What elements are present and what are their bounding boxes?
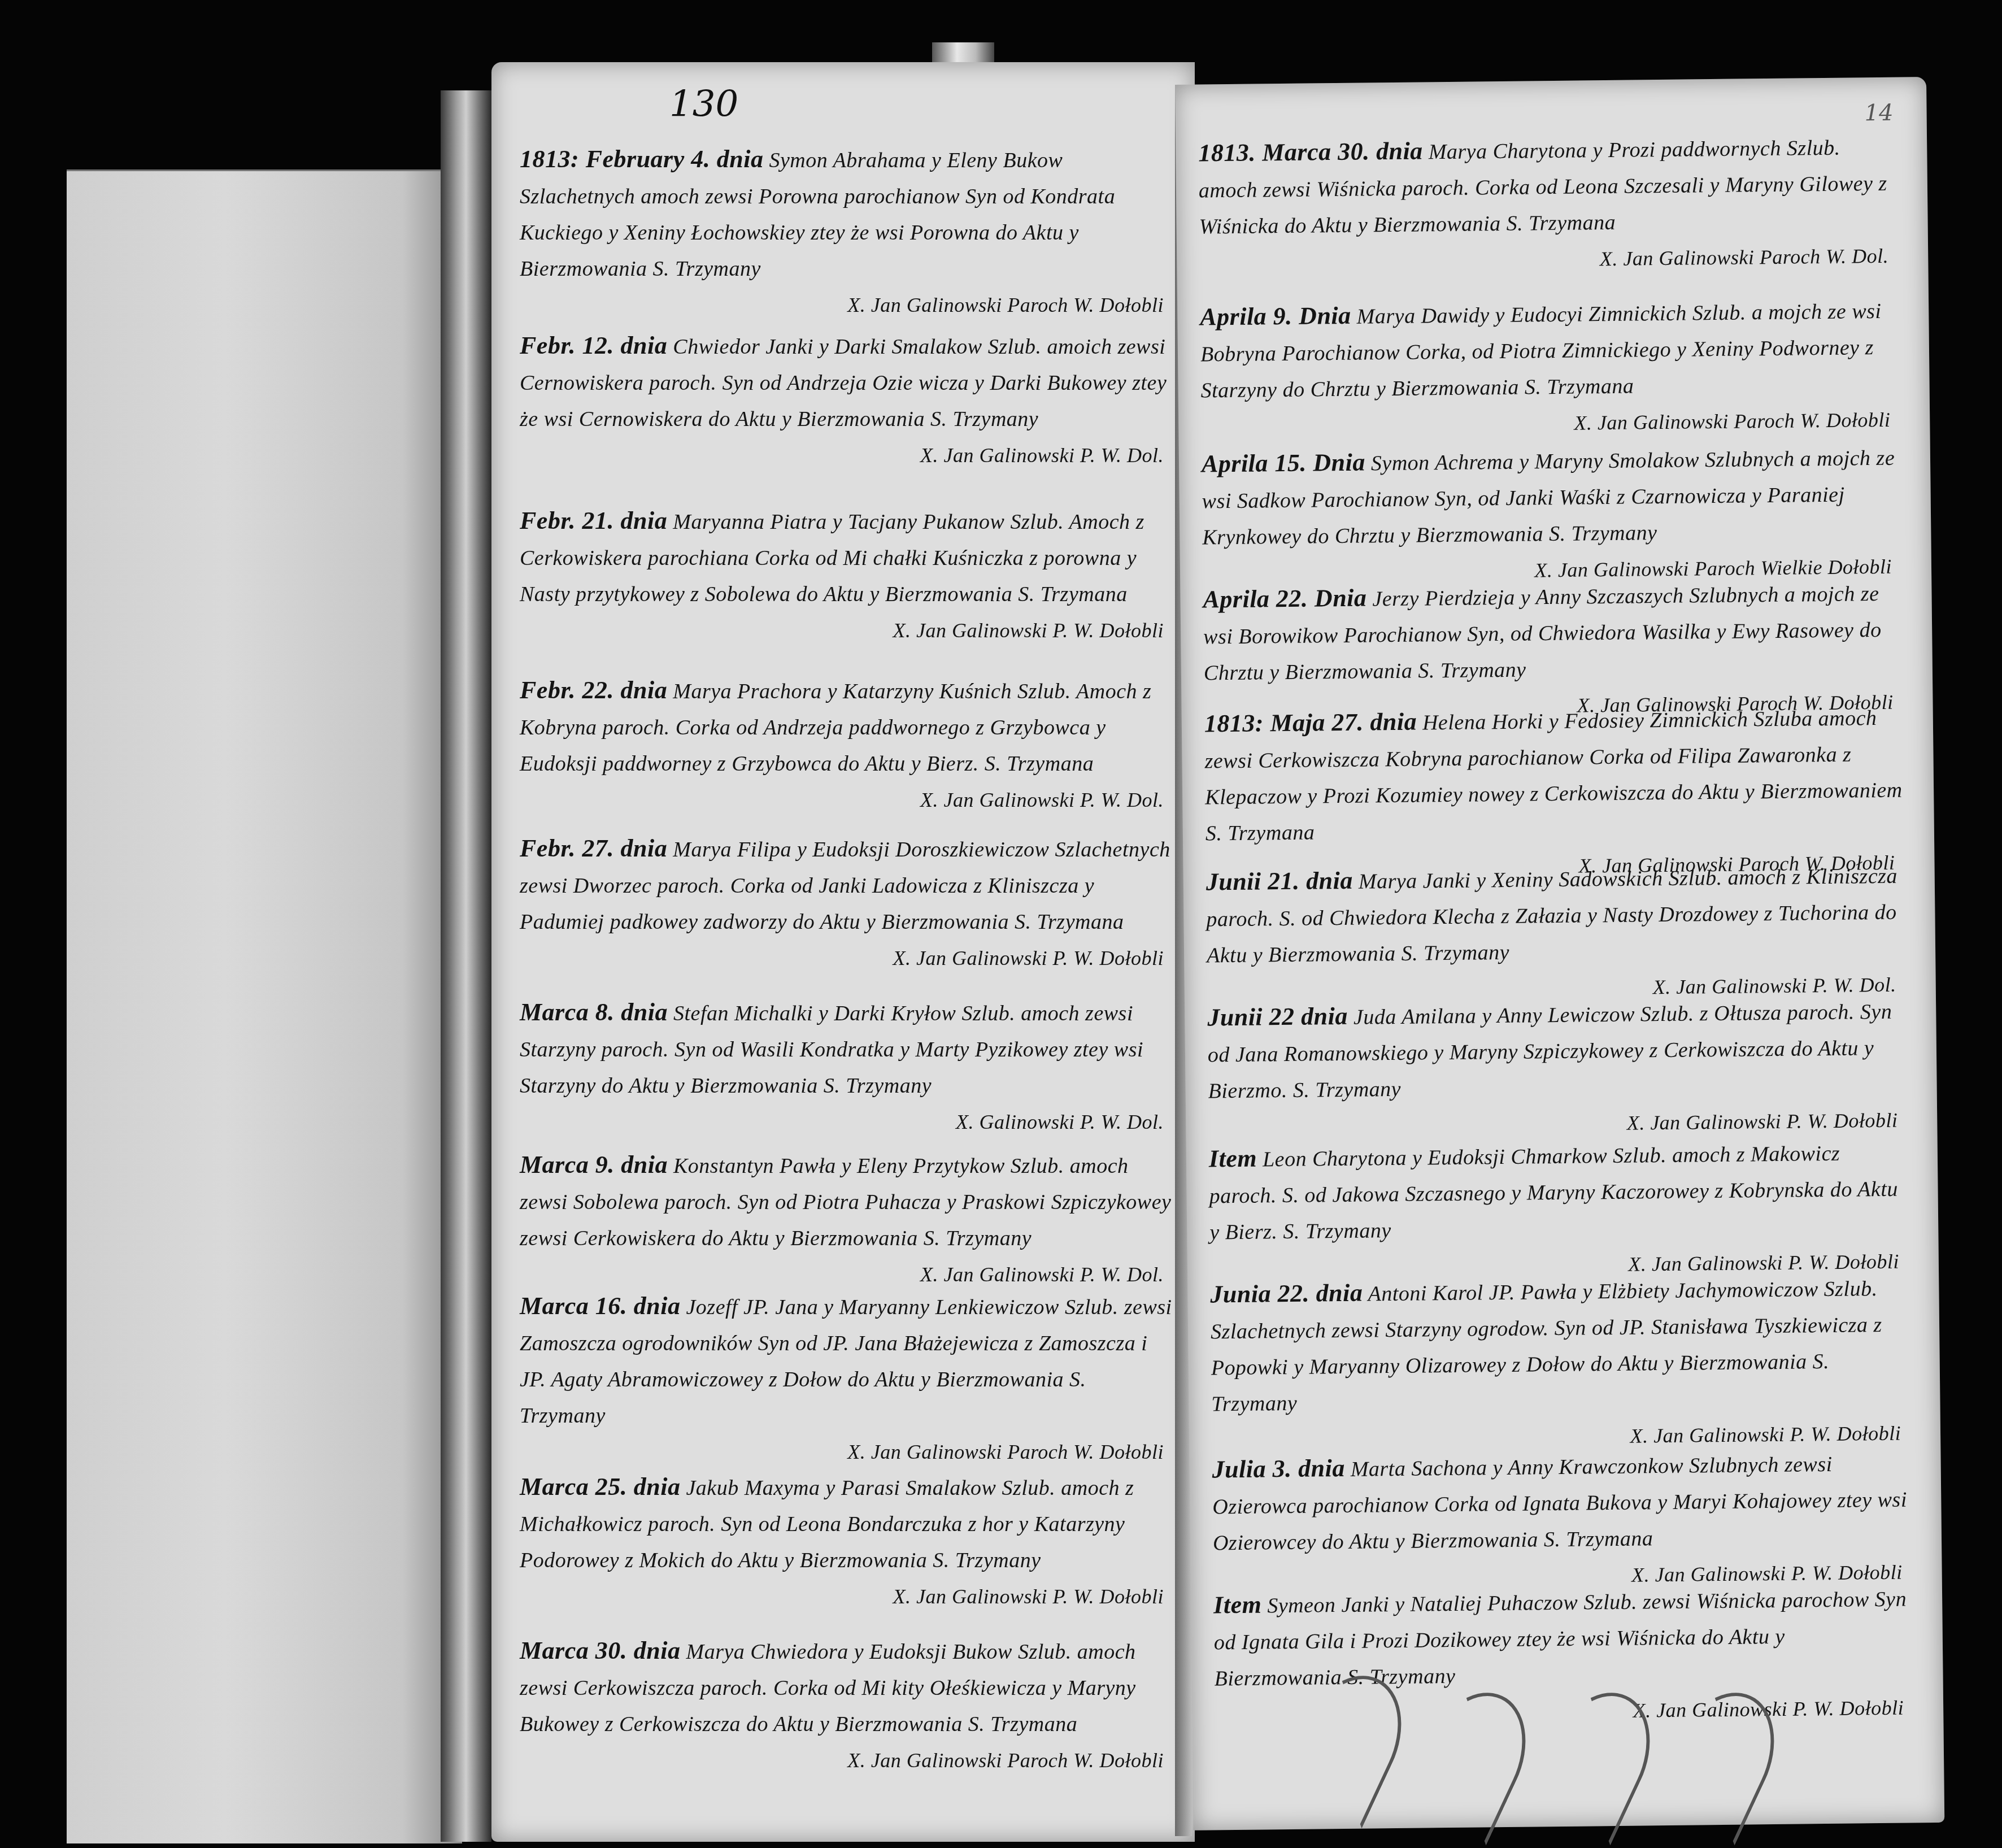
entry-date: Marca 30. dnia <box>520 1637 680 1664</box>
folio-number: 130 <box>669 84 738 125</box>
register-entry: Marca 30. dnia Marya Chwiedora y Eudoksj… <box>520 1633 1175 1779</box>
entry-date: Marca 25. dnia <box>520 1473 680 1501</box>
priest-signature: X. Jan Galinowski Paroch W. Dol. <box>1199 238 1900 281</box>
register-entry: Febr. 22. dnia Marya Prachora y Katarzyn… <box>520 672 1175 818</box>
entry-date: Marca 9. dnia <box>520 1151 668 1179</box>
entry-date: Julia 3. dnia <box>1212 1454 1345 1483</box>
entry-date: Febr. 21. dnia <box>520 507 667 534</box>
priest-signature: X. Jan Galinowski Paroch W. Dołobli <box>520 1434 1175 1470</box>
entry-date: 1813. Marca 30. dnia <box>1198 137 1423 167</box>
entry-date: Item <box>1209 1145 1257 1173</box>
register-entry: Marca 25. dnia Jakub Maxyma y Parasi Sma… <box>520 1469 1175 1615</box>
entry-date: Aprila 9. Dnia <box>1200 302 1351 331</box>
register-entry: Junii 21. dnia Marya Janki y Xeniny Sado… <box>1205 857 1908 1010</box>
entry-date: Aprila 22. Dnia <box>1203 584 1366 613</box>
entry-date: Febr. 22. dnia <box>520 676 667 704</box>
register-entry: Aprila 9. Dnia Marya Dawidy y Eudocyi Zi… <box>1200 292 1902 445</box>
left-page: 130 1813: February 4. dnia Symon Abraham… <box>491 62 1195 1842</box>
entry-date: 1813: February 4. dnia <box>520 145 763 173</box>
entry-date: Junii 22 dnia <box>1207 1002 1348 1032</box>
entry-date: Junii 21. dnia <box>1206 867 1353 896</box>
register-entry: Aprila 15. Dnia Symon Achrema y Maryny S… <box>1202 439 1904 592</box>
entry-date: Junia 22. dnia <box>1210 1279 1363 1308</box>
entry-date: Marca 8. dnia <box>520 998 668 1026</box>
register-entry: Marca 9. dnia Konstantyn Pawła y Eleny P… <box>520 1147 1175 1293</box>
priest-signature: X. Jan Galinowski P. W. Dołobli <box>520 940 1175 976</box>
book-spine <box>441 90 491 1842</box>
priest-signature: X. Jan Galinowski P. W. Dołobli <box>520 1579 1175 1615</box>
register-entry: Item Leon Charytona y Eudoksji Chmarkow … <box>1209 1133 1911 1286</box>
entry-date: Marca 16. dnia <box>520 1292 680 1320</box>
entry-text: Leon Charytona y Eudoksji Chmarkow Szlub… <box>1209 1142 1898 1245</box>
right-page: 14 1813. Marca 30. dnia Marya Charytona … <box>1175 77 1944 1830</box>
register-entry: Marca 16. dnia Jozeff JP. Jana y Maryann… <box>520 1288 1175 1470</box>
blank-flyleaf <box>67 169 462 1843</box>
register-entry: 1813: February 4. dnia Symon Abrahama y … <box>520 141 1175 323</box>
priest-signature: X. Galinowski P. W. Dol. <box>520 1104 1175 1140</box>
pen-flourish-marks <box>1299 1672 1808 1819</box>
register-entry: Marca 8. dnia Stefan Michalki y Darki Kr… <box>520 994 1175 1140</box>
priest-signature: X. Jan Galinowski P. W. Dol. <box>520 782 1175 818</box>
priest-signature: X. Jan Galinowski Paroch W. Dołobli <box>520 287 1175 323</box>
priest-signature: X. Jan Galinowski P. W. Dołobli <box>520 612 1175 649</box>
entry-date: Aprila 15. Dnia <box>1202 449 1365 478</box>
register-entry: 1813. Marca 30. dnia Marya Charytona y P… <box>1198 128 1900 281</box>
register-entry: Febr. 27. dnia Marya Filipa y Eudoksji D… <box>520 830 1175 976</box>
register-entry: Junia 22. dnia Antoni Karol JP. Pawła y … <box>1210 1269 1912 1458</box>
folio-number: 14 <box>1864 100 1893 127</box>
entry-date: Item <box>1213 1591 1262 1619</box>
register-entry: Febr. 12. dnia Chwiedor Janki y Darki Sm… <box>520 328 1175 473</box>
entry-date: Febr. 12. dnia <box>520 332 667 359</box>
entry-date: 1813: Maja 27. dnia <box>1204 708 1417 738</box>
register-entry: Julia 3. dnia Marta Sachona y Anny Krawc… <box>1212 1444 1914 1597</box>
register-entry: Junii 22 dnia Juda Amilana y Anny Lewicz… <box>1207 993 1909 1146</box>
priest-signature: X. Jan Galinowski P. W. Dol. <box>520 437 1175 473</box>
priest-signature: X. Jan Galinowski P. W. Dol. <box>520 1256 1175 1293</box>
priest-signature: X. Jan Galinowski Paroch W. Dołobli <box>520 1742 1175 1779</box>
register-entry: Febr. 21. dnia Maryanna Piatra y Tacjany… <box>520 503 1175 649</box>
priest-signature: X. Jan Galinowski Paroch W. Dołobli <box>1201 402 1902 445</box>
entry-date: Febr. 27. dnia <box>520 834 667 862</box>
